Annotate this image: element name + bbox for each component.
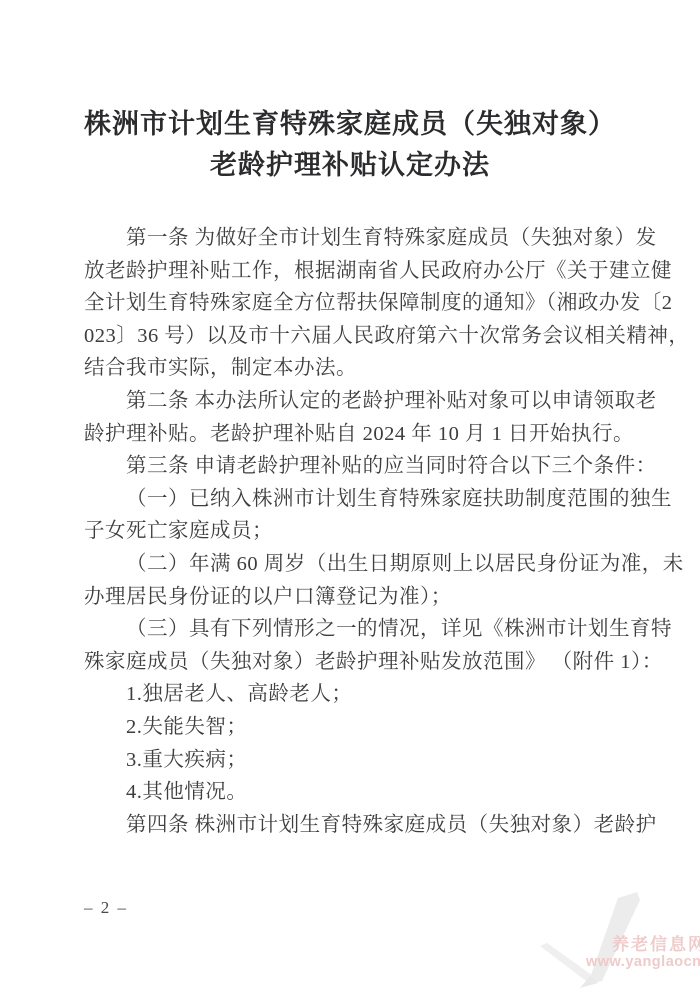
body-line: （一）已纳入株洲市计划生育特殊家庭扶助制度范围的独生 <box>84 483 624 516</box>
body-line: 4.其他情况。 <box>84 776 624 809</box>
watermark-site-name: 养老信息网 <box>612 930 700 955</box>
body-line: 023〕36 号）以及市十六届人民政府第六十次常务会议相关精神， <box>84 320 624 353</box>
body-line: 第三条 申请老龄护理补贴的应当同时符合以下三个条件： <box>84 450 624 483</box>
body-line: 龄护理补贴。老龄护理补贴自 2024 年 10 月 1 日开始执行。 <box>84 418 624 451</box>
body-line: 第二条 本办法所认定的老龄护理补贴对象可以申请领取老 <box>84 385 624 418</box>
watermark-site-url: www.yanglaocn.com <box>586 954 700 970</box>
document-title-line-2: 老龄护理补贴认定办法 <box>0 145 700 186</box>
body-line: 子女死亡家庭成员； <box>84 515 624 548</box>
body-line: 放老龄护理补贴工作，根据湖南省人民政府办公厅《关于建立健 <box>84 255 624 288</box>
watermark: 养老信息网 www.yanglaocn.com <box>540 878 700 990</box>
page-number: – 2 – <box>84 898 128 918</box>
body-line: 2.失能失智； <box>84 711 624 744</box>
body-line: 第四条 株洲市计划生育特殊家庭成员（失独对象）老龄护 <box>84 809 624 842</box>
body-line: 殊家庭成员（失独对象）老龄护理补贴发放范围》 （附件 1）： <box>84 646 624 679</box>
body-line: 结合我市实际，制定本办法。 <box>84 352 624 385</box>
body-line: （三）具有下列情形之一的情况，详见《株洲市计划生育特 <box>84 613 624 646</box>
body-line: 办理居民身份证的以户口簿登记为准）； <box>84 581 624 614</box>
scanned-document-page: 株洲市计划生育特殊家庭成员（失独对象） 老龄护理补贴认定办法 第一条 为做好全市… <box>0 0 700 990</box>
document-title-line-1: 株洲市计划生育特殊家庭成员（失独对象） <box>0 104 700 145</box>
body-line: 第一条 为做好全市计划生育特殊家庭成员（失独对象）发 <box>84 222 624 255</box>
document-title: 株洲市计划生育特殊家庭成员（失独对象） 老龄护理补贴认定办法 <box>0 104 700 186</box>
body-line: （二）年满 60 周岁（出生日期原则上以居民身份证为准，未 <box>84 548 624 581</box>
body-line: 1.独居老人、高龄老人； <box>84 678 624 711</box>
document-body: 第一条 为做好全市计划生育特殊家庭成员（失独对象）发 放老龄护理补贴工作，根据湖… <box>84 222 624 841</box>
body-line: 全计划生育特殊家庭全方位帮扶保障制度的通知》（湘政办发〔2 <box>84 287 624 320</box>
body-line: 3.重大疾病； <box>84 744 624 777</box>
